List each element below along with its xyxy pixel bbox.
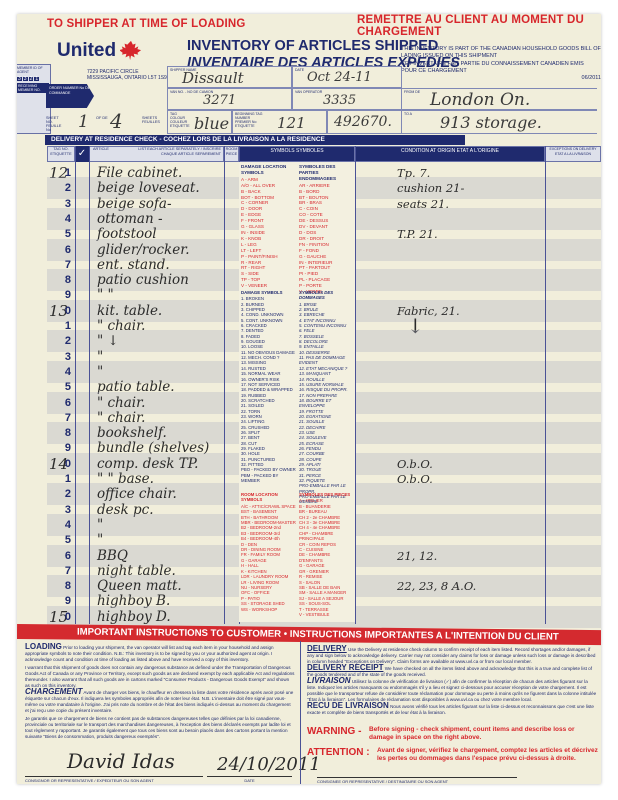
consignee-label: CONSIGNEE OR REPRESENTATIVE / DESTINATAI… bbox=[317, 777, 517, 784]
client-banner: REMETTRE AU CLIENT AU MOMENT DU CHARGEME… bbox=[357, 14, 601, 38]
loading-instructions: LOADING Prior to loading your shipment, … bbox=[25, 644, 295, 740]
sheet-number-field[interactable]: SHEET NO. FEUILLE No 1 OF DE 4 SHEETS FE… bbox=[46, 112, 168, 134]
beginning-tag-field[interactable]: BEGINNING TAG NUMBER PREMIER No ETIQUETT… bbox=[232, 110, 327, 134]
instructions-divider bbox=[300, 641, 301, 784]
symbols-legend: DAMAGE LOCATION SYMBOLS A - ARMA/O - ALL… bbox=[239, 162, 355, 622]
maple-leaf-icon bbox=[120, 40, 142, 62]
tag-colour-field[interactable]: TAG COLOUR COULEUR ETIQUETTE blue bbox=[167, 110, 232, 134]
column-divider bbox=[89, 146, 90, 624]
col-exceptions-delivery: EXCEPTIONS ON DELIVERY ETAT A LA LIVRAIS… bbox=[545, 146, 601, 162]
date-field[interactable]: DATE Oct 24-11 bbox=[292, 66, 402, 88]
damage-symbols-en: DAMAGE SYMBOLS 1. BROKEN2. BURNED3. CHIP… bbox=[241, 290, 297, 483]
van-operator-field[interactable]: VAN OPERATOR 3335 bbox=[292, 88, 402, 110]
col-tag-no: TAG NO. ETIQUETTE bbox=[47, 146, 75, 162]
check-column-icon: ✓ bbox=[75, 146, 89, 162]
column-divider bbox=[224, 146, 225, 624]
damage-location-symbols-en: DAMAGE LOCATION SYMBOLS A - ARMA/O - ALL… bbox=[241, 164, 297, 289]
damage-location-symbols-fr: SYMBOLES DES PARTIES ENDOMMAGEES AR - AR… bbox=[299, 164, 355, 295]
column-divider bbox=[355, 146, 356, 624]
col-symbols: SYMBOLS SYMBOLES bbox=[239, 146, 355, 162]
company-address: 7229 PACIFIC CIRCLE MISSISSAUGA, ONTARIO… bbox=[87, 69, 167, 81]
room-location-symbols-fr: SYMBOLES DES PIECES A - ATELIERB - BUAND… bbox=[299, 492, 355, 617]
consignor-label: CONSIGNOR OR REPRESENTATIVE / EXPEDITEUR… bbox=[25, 776, 203, 783]
united-logo: United bbox=[57, 40, 142, 62]
room-location-symbols-en: ROOM LOCATION SYMBOLS A/C - ATTIC/CRAWL … bbox=[241, 492, 297, 612]
col-condition-origin: CONDITION AT ORIGIN ETAT A L'ORIGINE bbox=[355, 146, 545, 162]
attention-label: ATTENTION : bbox=[307, 747, 370, 758]
damage-symbols-fr: SYMBOLES DES DOMMAGES 1. BRISE2. BRULE3.… bbox=[299, 290, 355, 505]
order-number-tab: ORDER NUMBER No DE COMMANDE bbox=[46, 84, 94, 108]
header-fields: SHIPPER NAME Dissault DATE Oct 24-11 VAN… bbox=[167, 66, 597, 136]
warning-text: Before signing - check shipment, count i… bbox=[369, 726, 599, 741]
bol-number-field[interactable]: 492670. bbox=[327, 110, 402, 134]
column-divider bbox=[75, 146, 76, 624]
date-label: DATE bbox=[207, 776, 292, 783]
shipper-banner: TO SHIPPER AT TIME OF LOADING bbox=[47, 18, 246, 30]
inventory-form: TO SHIPPER AT TIME OF LOADING REMETTRE A… bbox=[17, 14, 601, 784]
delivery-instructions: DELIVERY Use the Delivery at residence c… bbox=[307, 646, 597, 716]
column-divider bbox=[545, 146, 546, 624]
consignor-signature: David Idas bbox=[67, 749, 175, 773]
col-article: ARTICLE LIST EACH ARTICLE SEPARATELY / I… bbox=[89, 146, 224, 162]
attention-text: Avant de signer, vérifiez le chargement,… bbox=[377, 747, 599, 762]
signature-date: 24/10/2011 bbox=[217, 754, 321, 775]
member-digits: 3 3 2 1 bbox=[17, 77, 49, 81]
delivery-check-band: DELIVERY AT RESIDENCE CHECK - COCHEZ LOR… bbox=[45, 135, 465, 145]
col-room: ROOM PIECE bbox=[224, 146, 239, 162]
warning-label: WARNING - bbox=[307, 726, 361, 737]
shipper-name-field[interactable]: SHIPPER NAME Dissault bbox=[167, 66, 292, 88]
to-field[interactable]: TO A 913 storage. bbox=[402, 110, 597, 134]
from-field[interactable]: FROM DE London On. bbox=[402, 88, 597, 110]
brand-name: United bbox=[57, 40, 116, 62]
van-number-field[interactable]: VAN NO. - NO DE CAMION 3271 bbox=[167, 88, 292, 110]
